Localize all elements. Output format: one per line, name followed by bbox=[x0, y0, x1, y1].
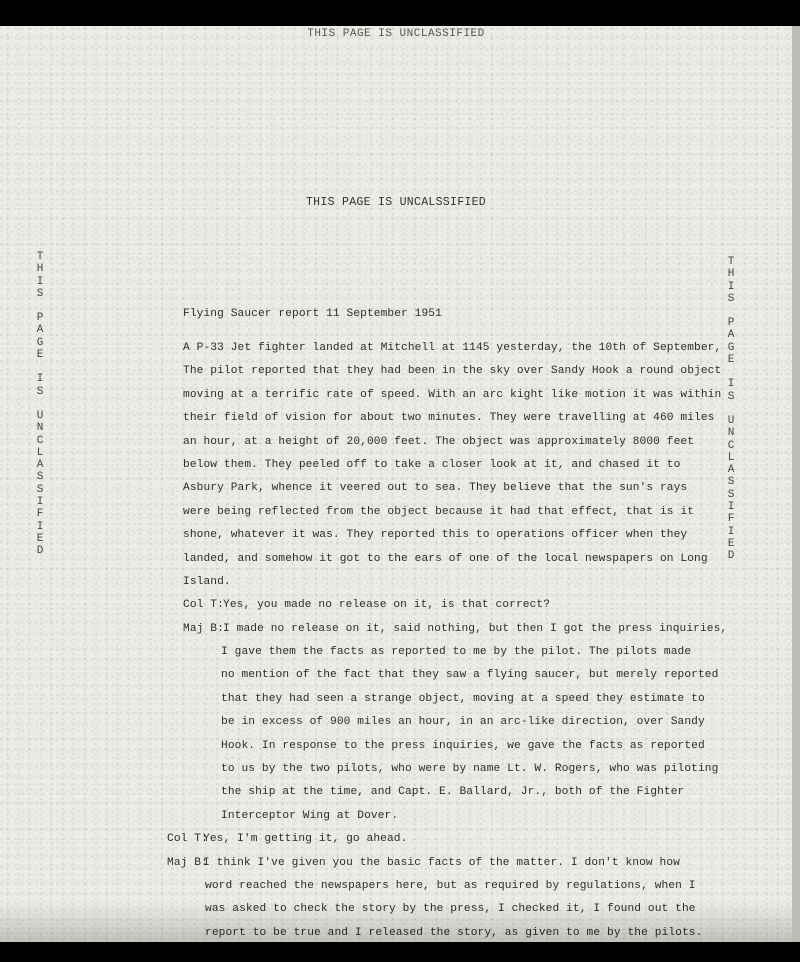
classification-stamp-right-vertical: THISPAGEISUNCLASSIFIED bbox=[724, 256, 738, 563]
stamp-letter: P bbox=[724, 317, 738, 329]
stamp-letter: T bbox=[724, 256, 738, 268]
text-line: moving at a terrific rate of speed. With… bbox=[183, 384, 703, 407]
stamp-letter: C bbox=[724, 440, 738, 452]
stamp-letter: A bbox=[724, 329, 738, 341]
text-line: The pilot reported that they had been in… bbox=[183, 360, 703, 383]
text-line: Yes, you made no release on it, is that … bbox=[223, 599, 550, 611]
stamp-letter: H bbox=[33, 263, 47, 275]
speaker-label: Maj B: bbox=[183, 618, 219, 641]
speaker-label: Col T: bbox=[167, 828, 203, 851]
stamp-letter: D bbox=[724, 550, 738, 562]
stamp-letter: S bbox=[724, 293, 738, 305]
text-line: I gave them the facts as reported to me … bbox=[183, 641, 703, 664]
text-line: to us by the two pilots, who were by nam… bbox=[183, 758, 703, 781]
stamp-letter: S bbox=[724, 391, 738, 403]
stamp-letter: L bbox=[724, 452, 738, 464]
stamp-letter: I bbox=[724, 281, 738, 293]
stamp-letter: A bbox=[724, 464, 738, 476]
text-line: A P-33 Jet fighter landed at Mitchell at… bbox=[183, 337, 703, 360]
stamp-letter bbox=[33, 300, 47, 312]
stamp-letter: F bbox=[33, 508, 47, 520]
stamp-letter: D bbox=[33, 545, 47, 557]
text-line: Asbury Park, whence it veered out to sea… bbox=[183, 477, 703, 500]
stamp-letter bbox=[724, 305, 738, 317]
stamp-letter: G bbox=[724, 342, 738, 354]
stamp-letter: E bbox=[724, 538, 738, 550]
speaker-label: Col T: bbox=[183, 594, 219, 617]
stamp-letter: I bbox=[33, 373, 47, 385]
stamp-letter: L bbox=[33, 447, 47, 459]
stamp-letter: S bbox=[33, 471, 47, 483]
classification-stamp-center: THIS PAGE IS UNCALSSIFIED bbox=[0, 196, 792, 209]
document-title: Flying Saucer report 11 September 1951 bbox=[183, 304, 703, 324]
stamp-letter: I bbox=[33, 276, 47, 288]
stamp-letter: S bbox=[724, 476, 738, 488]
stamp-letter: I bbox=[724, 526, 738, 538]
text-line: Yes, I'm getting it, go ahead. bbox=[203, 833, 407, 845]
text-line: was asked to check the story by the pres… bbox=[183, 898, 703, 921]
intro-paragraph: A P-33 Jet fighter landed at Mitchell at… bbox=[183, 337, 703, 594]
stamp-letter: P bbox=[33, 312, 47, 324]
exchange: Maj B:I made no release on it, said noth… bbox=[183, 618, 703, 829]
stamp-letter: A bbox=[33, 459, 47, 471]
stamp-letter: C bbox=[33, 435, 47, 447]
text-line: landed, and somehow it got to the ears o… bbox=[183, 548, 703, 571]
stamp-letter: I bbox=[33, 521, 47, 533]
stamp-letter: N bbox=[33, 422, 47, 434]
stamp-letter: H bbox=[724, 268, 738, 280]
stamp-letter: I bbox=[33, 496, 47, 508]
text-line: were being reflected from the object bec… bbox=[183, 501, 703, 524]
text-line: word reached the newspapers here, but as… bbox=[183, 875, 703, 898]
stamp-letter: I bbox=[724, 501, 738, 513]
stamp-letter: E bbox=[724, 354, 738, 366]
classification-stamp-top: THIS PAGE IS UNCLASSIFIED bbox=[0, 28, 792, 40]
stamp-letter: S bbox=[33, 484, 47, 496]
stamp-letter: N bbox=[724, 427, 738, 439]
stamp-letter: T bbox=[33, 251, 47, 263]
stamp-letter: I bbox=[724, 378, 738, 390]
speaker-label: Maj B: bbox=[167, 852, 203, 875]
stamp-letter: U bbox=[724, 415, 738, 427]
text-line: the ship at the time, and Capt. E. Balla… bbox=[183, 781, 703, 804]
classification-stamp-left-vertical: THISPAGEISUNCLASSIFIED bbox=[33, 251, 47, 558]
text-line: Hook. In response to the press inquiries… bbox=[183, 735, 703, 758]
stamp-letter: S bbox=[724, 489, 738, 501]
exchange: Maj B:I think I've given you the basic f… bbox=[183, 852, 703, 946]
text-line: Island. bbox=[183, 571, 703, 594]
stamp-letter: F bbox=[724, 513, 738, 525]
page-edge bbox=[792, 26, 800, 942]
stamp-letter bbox=[33, 398, 47, 410]
stamp-letter: G bbox=[33, 337, 47, 349]
stamp-letter: S bbox=[33, 288, 47, 300]
text-line: shone, whatever it was. They reported th… bbox=[183, 524, 703, 547]
text-line: Interceptor Wing at Dover. bbox=[183, 805, 703, 828]
text-line: I made no release on it, said nothing, b… bbox=[223, 623, 727, 635]
stamp-letter: E bbox=[33, 533, 47, 545]
text-line: below them. They peeled off to take a cl… bbox=[183, 454, 703, 477]
stamp-letter: S bbox=[33, 386, 47, 398]
exchange: Col T:Yes, I'm getting it, go ahead. bbox=[183, 828, 703, 851]
text-line: no mention of the fact that they saw a f… bbox=[183, 664, 703, 687]
stamp-letter: U bbox=[33, 410, 47, 422]
stamp-letter bbox=[724, 403, 738, 415]
text-line: that they had seen a strange object, mov… bbox=[183, 688, 703, 711]
text-line: be in excess of 900 miles an hour, in an… bbox=[183, 711, 703, 734]
stamp-letter bbox=[33, 361, 47, 373]
text-line: their field of vision for about two minu… bbox=[183, 407, 703, 430]
text-line: report to be true and I released the sto… bbox=[183, 922, 703, 945]
scanned-document-page: THIS PAGE IS UNCLASSIFIED THIS PAGE IS U… bbox=[0, 26, 792, 942]
text-line: an hour, at a height of 20,000 feet. The… bbox=[183, 431, 703, 454]
text-line: I think I've given you the basic facts o… bbox=[203, 857, 680, 869]
stamp-letter: E bbox=[33, 349, 47, 361]
stamp-letter: A bbox=[33, 324, 47, 336]
exchange: Col T:Yes, you made no release on it, is… bbox=[183, 594, 703, 617]
stamp-letter bbox=[724, 366, 738, 378]
document-body: Flying Saucer report 11 September 1951 A… bbox=[183, 304, 703, 945]
